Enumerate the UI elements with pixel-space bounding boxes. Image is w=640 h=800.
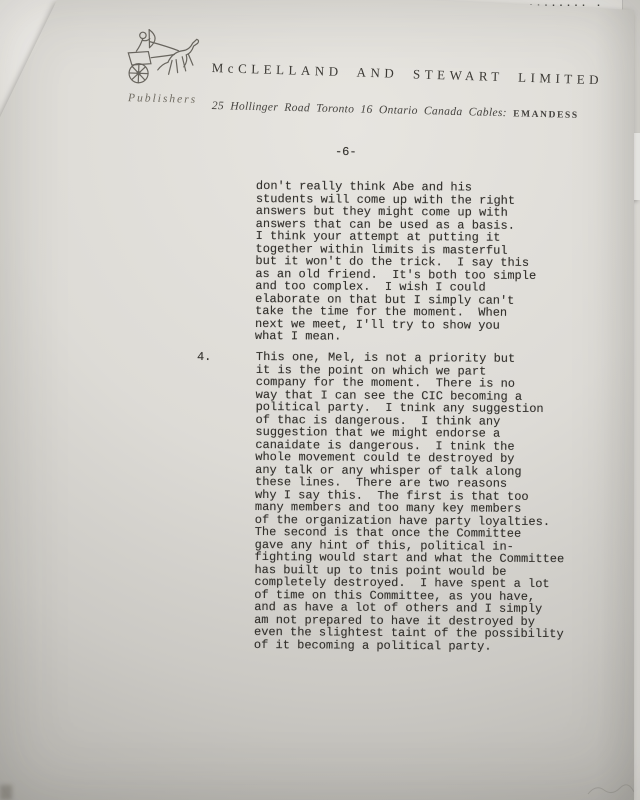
photo-corner-speck [0, 785, 12, 800]
paragraph-4-body: This one, Mel, is not a priority but it … [254, 351, 566, 653]
letter-page-wrap: Publishers McCLELLAND AND STEWART LIMITE… [0, 0, 640, 800]
paragraph-continuation: don't really think Abe and his students … [255, 180, 537, 344]
cable-name: EMANDESS [513, 109, 579, 121]
document-photo: ... ........ . [0, 0, 640, 800]
handwriting-smudge [586, 778, 638, 798]
address-text: 25 Hollinger Road Toronto 16 Ontario Can… [212, 100, 507, 119]
address-line: 25 Hollinger Road Toronto 16 Ontario Can… [212, 100, 579, 121]
company-name: McCLELLAND AND STEWART LIMITED [211, 60, 603, 88]
paragraph-4-number: 4. [197, 351, 211, 364]
horse-chariot-logo-icon [117, 25, 203, 100]
letter-page: Publishers McCLELLAND AND STEWART LIMITE… [0, 0, 640, 800]
publishers-label: Publishers [128, 92, 197, 106]
page-number: -6- [335, 146, 357, 159]
